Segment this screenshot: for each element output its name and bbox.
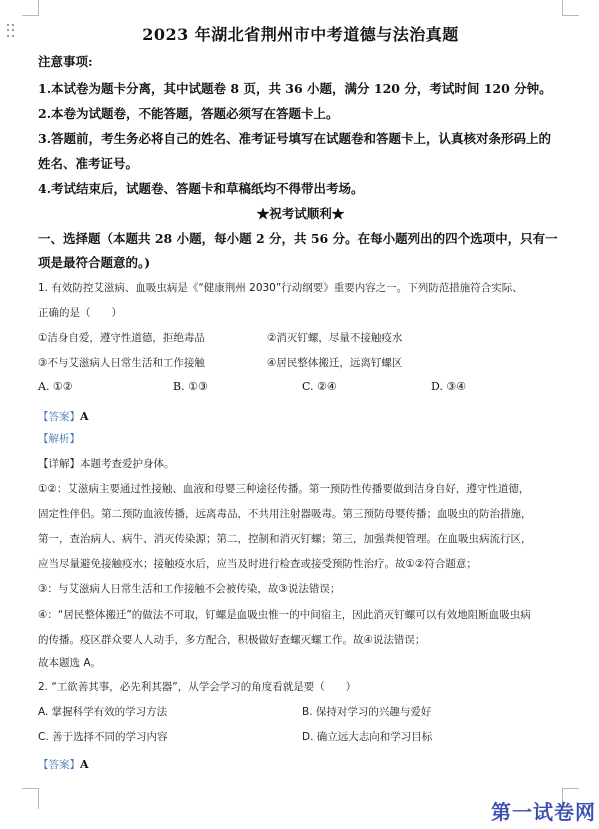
table-move-handle-icon[interactable] [7,24,15,38]
q1-statement-4: ④居民整体搬迁，远离钉螺区 [267,355,402,370]
answer-label: 【答案】 [38,411,80,423]
section-heading-cont: 项是最符合题意的。) [38,253,150,271]
detail-intro: 本题考查爱护身体。 [80,458,175,470]
notice-item-4: 4.考试结束后，试题卷、答题卡和草稿纸均不得带出考场。 [38,179,364,197]
q1-detail: 【详解】本题考查爱护身体。 [38,456,175,471]
q2-stem: 2. “工欲善其事，必先利其器”，从学会学习的角度看就是要（ ） [38,679,356,694]
detail-label: 【详解】 [38,458,80,470]
section-heading: 一、选择题（本题共 28 小题，每小题 2 分，共 56 分。在每小题列出的四个… [38,229,558,247]
q1-option-a: A. ①② [38,380,73,393]
q1-stem-cont: 正确的是（ ） [38,305,122,320]
q1-explanation-line: ③：与艾滋病人日常生活和工作接触不会被传染，故③说法错误； [38,581,340,596]
q1-explanation-line: 应当尽量避免接触疫水；接触疫水后，应当及时进行检查或接受预防性治疗。故①②符合题… [38,556,477,571]
notice-heading: 注意事项: [38,52,93,70]
q1-option-c: C. ②④ [302,380,337,393]
q1-explanation-line: 第一，查治病人、病牛、消灭传染源；第二，控制和消灭钉螺；第三，加强粪便管理。在血… [38,531,532,546]
notice-item-3-cont: 姓名、准考证号。 [38,154,138,172]
q2-option-d: D. 确立远大志向和学习目标 [302,729,432,744]
watermark-logo: 第一试卷网 [491,796,596,825]
q1-explanation-line: ④：“居民整体搬迁”的做法不可取，钉螺是血吸虫惟一的中间宿主，因此消灭钉螺可以有… [38,607,531,622]
q2-option-c: C. 善于选择不同的学习内容 [38,729,168,744]
answer-value: A [80,758,89,771]
page-title: 2023 年湖北省荆州市中考道德与法治真题 [38,22,563,45]
q1-conclusion: 故本题选 A。 [38,655,101,670]
notice-item-2: 2.本卷为试题卷，不能答题，答题必须写在答题卡上。 [38,104,339,122]
q1-explanation-line: ①②：艾滋病主要通过性接触、血液和母婴三种途径传播。第一预防性传播要做到洁身自好… [38,481,529,496]
q1-statement-3: ③不与艾滋病人日常生活和工作接触 [38,355,205,370]
q1-explanation-line: 的传播。疫区群众要人人动手，多方配合，积极做好查螺灭螺工作。故④说法错误； [38,632,425,647]
q1-option-d: D. ③④ [431,380,466,393]
q2-answer: 【答案】A [38,753,89,772]
q1-analysis-label: 【解析】 [38,431,80,446]
q1-explanation-line: 固定性伴侣。第二预防血液传播，远离毒品，不共用注射器吸毒。第三预防母婴传播；血吸… [38,506,532,521]
q1-statement-1: ①洁身自爱，遵守性道德，拒绝毒品 [38,330,205,345]
crop-mark-bottom-left [22,788,39,809]
answer-value: A [80,410,89,423]
q1-statement-2: ②消灭钉螺，尽量不接触疫水 [267,330,402,345]
q1-answer: 【答案】A [38,405,89,424]
notice-item-1: 1.本试卷为题卡分离，其中试题卷 8 页，共 36 小题，满分 120 分，考试… [38,79,552,97]
crop-mark-top-right [562,0,579,16]
q1-stem: 1. 有效防控艾滋病、血吸虫病是《“健康荆州 2030”行动纲要》重要内容之一。… [38,280,523,295]
wish-line: ★祝考试顺利★ [38,204,563,222]
q2-option-a: A. 掌握科学有效的学习方法 [38,704,167,719]
crop-mark-top-left [22,0,39,16]
answer-label: 【答案】 [38,759,80,771]
q1-option-b: B. ①③ [173,380,208,393]
q2-option-b: B. 保持对学习的兴趣与爱好 [302,704,431,719]
notice-item-3: 3.答题前，考生务必将自己的姓名、准考证号填写在试题卷和答题卡上，认真核对条形码… [38,129,551,147]
